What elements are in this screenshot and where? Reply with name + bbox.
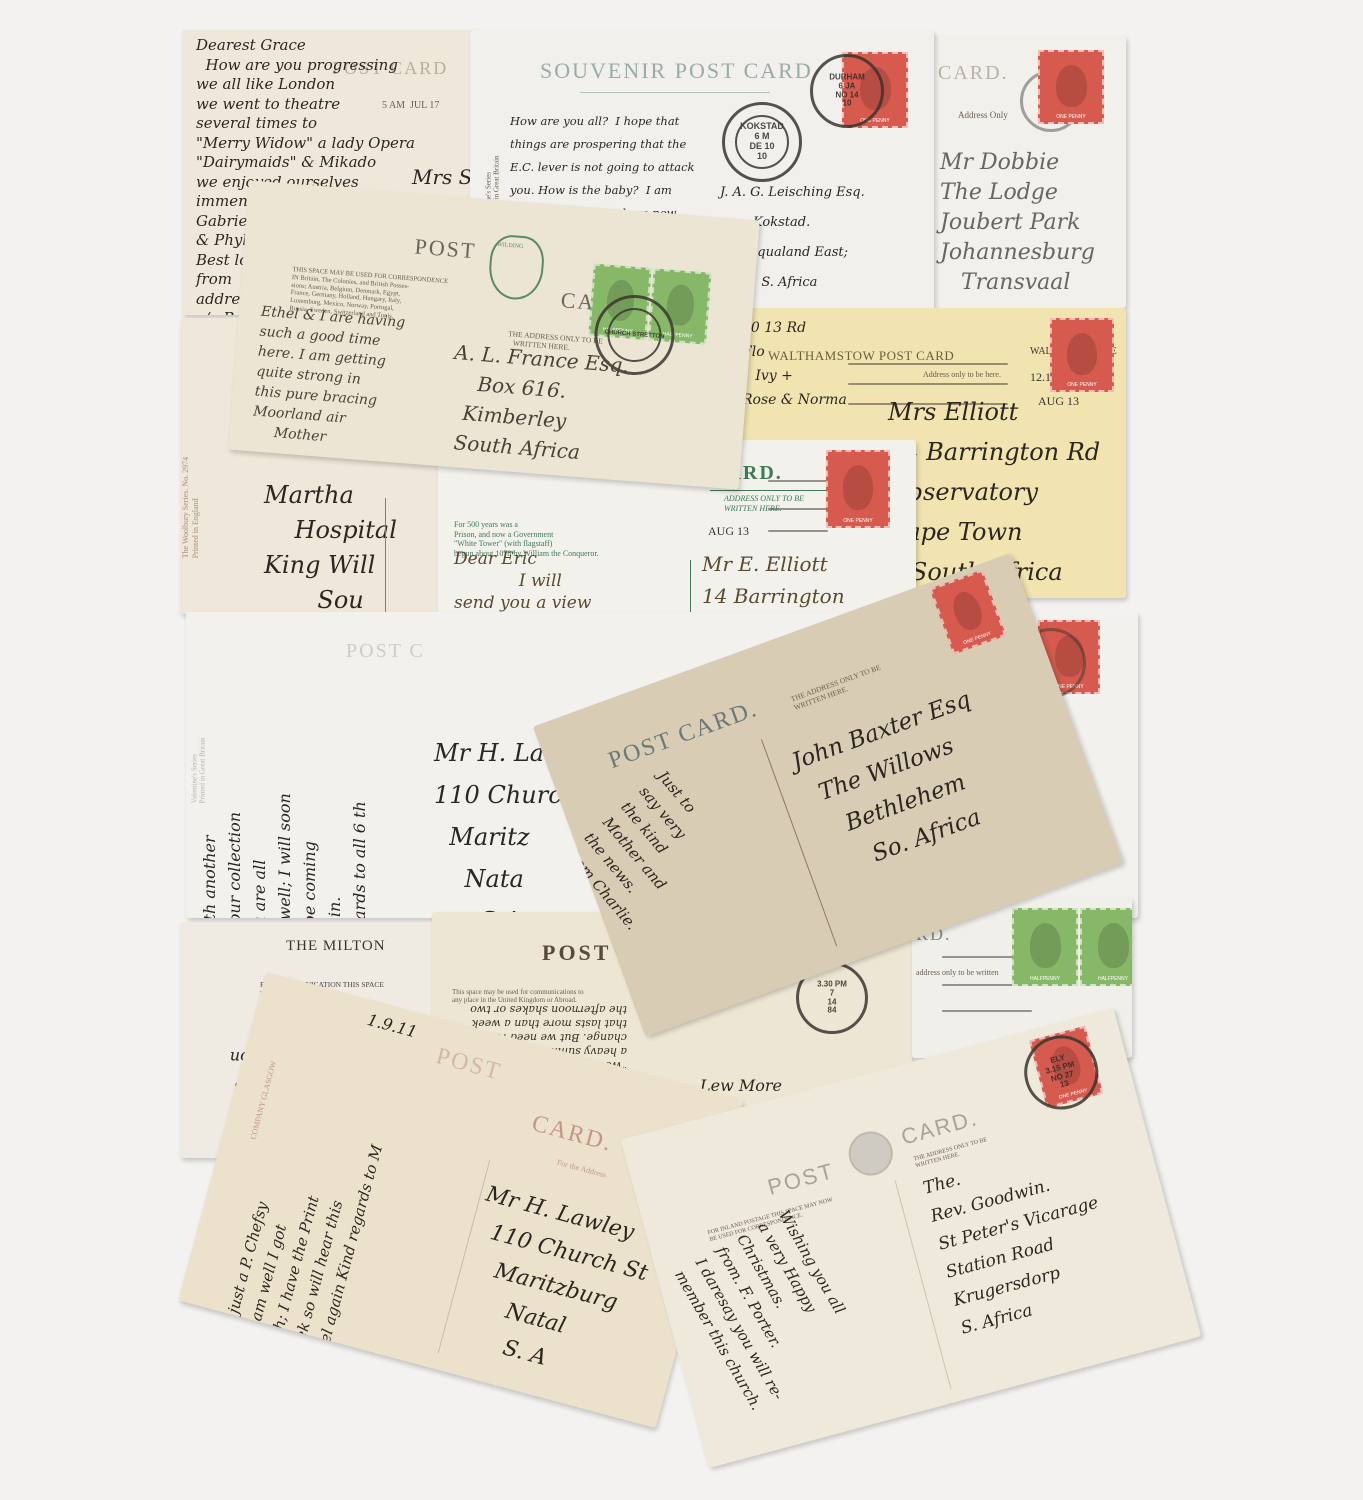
beau-ideal-logo <box>844 1127 898 1181</box>
postcard-header-left: POST <box>765 1158 837 1201</box>
address-only-note: Address only to be here. <box>923 370 1001 380</box>
address-note: address only to be written <box>916 968 999 978</box>
postcard-header: THE MILTON <box>286 938 386 955</box>
postcard-header: POST <box>542 940 611 966</box>
stamp-one-penny: ONE PENNY <box>930 570 1007 655</box>
stamp-halfpenny: HALFPENNY <box>1080 908 1132 986</box>
postcard-header-left: POST <box>414 234 478 265</box>
postmark-durham: DURHAM 6 JA NO 14 10 <box>810 54 884 128</box>
handwritten-address: Mr Dobbie The Lodge Joubert Park Johanne… <box>940 148 1095 298</box>
postmark-kokstad: KOKSTAD 6 M DE 10 10 <box>722 102 802 182</box>
handwritten-message: Dear H Herewith another p.c for your col… <box>186 690 372 918</box>
handwritten-message: 20 13 Rd Flo Ivy + Rose & Norma <box>742 316 847 412</box>
handwritten-address: The. Rev. Goodwin. St Peter's Vicarage S… <box>920 1133 1124 1344</box>
stamp-one-penny: ONE PENNY <box>1050 318 1114 392</box>
handwritten-message: Wishing you all a very Happy Christmas. … <box>668 1206 873 1417</box>
postcard-header: POST C <box>346 640 425 663</box>
postcard-header: SOUVENIR POST CARD <box>540 58 813 84</box>
handwritten-address: Martha Hospital King Will Sou <box>264 478 397 614</box>
stamp-one-penny: ONE PENNY <box>1038 50 1104 124</box>
address-only-note: Address Only <box>958 110 1008 121</box>
postcard-dobbie: CARD. Address Only ONE PENNY Mr Dobbie T… <box>928 36 1126 308</box>
postmark-date: AUG 13 <box>708 524 749 538</box>
stamp-halfpenny: HALFPENNY <box>1012 908 1078 986</box>
postcard-header-right: CARD. <box>529 1110 616 1157</box>
side-print: The Woolbury Series. No. 2974 Printed in… <box>181 457 200 558</box>
postcard-header-left: POST <box>433 1043 504 1086</box>
postcard-header: CARD. <box>938 62 1009 85</box>
address-note: ADDRESS ONLY TO BE WRITTEN HERE. <box>724 494 804 513</box>
handwritten-address: John Baxter Esq The Willows Bethlehem So… <box>786 681 1015 888</box>
handwritten-address: A. L. France Esq. Box 616. Kimberley Sou… <box>446 337 630 470</box>
for-address-note: For the Address <box>556 1158 607 1180</box>
postcard-france: POST WILDING CA THIS SPACE MAY BE USED F… <box>228 180 760 489</box>
handwritten-message: Ethel & I are having such a good time he… <box>251 302 406 453</box>
handwritten-date: 1.9.11 <box>365 1010 419 1042</box>
stamp-one-penny: ONE PENNY <box>826 450 890 528</box>
address-note: THE ADDRESS ONLY TO BE WRITTEN HERE. <box>790 663 885 712</box>
postcard-header: POST CARD. <box>605 696 762 775</box>
